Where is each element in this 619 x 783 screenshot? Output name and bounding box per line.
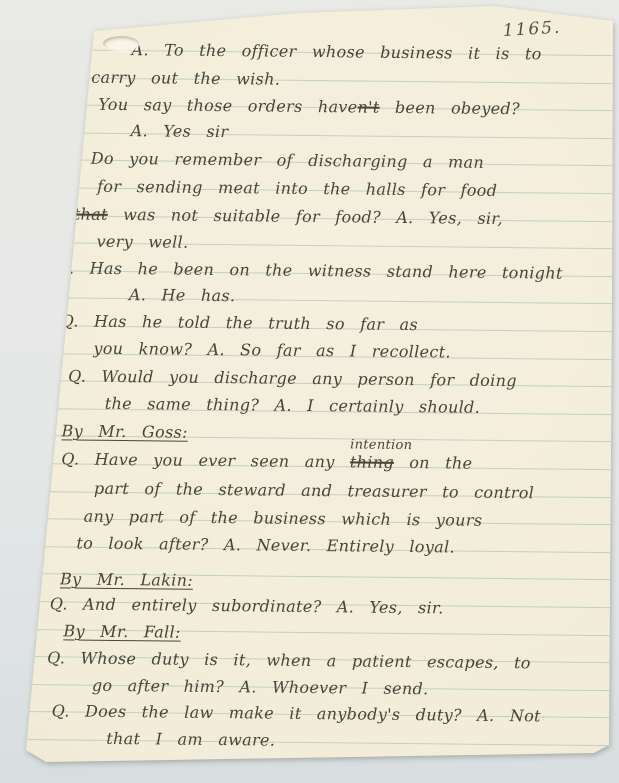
handwriting-segment: Q. And entirely subordinate? A. Yes, sir… — [50, 594, 444, 617]
handwriting-segment: Q. Would you discharge any person for do… — [68, 366, 517, 390]
handwriting-layer: A. To the officer whose business it is t… — [4, 0, 619, 3]
handwritten-line: very well. — [96, 234, 188, 251]
handwritten-line: Q. And entirely subordinate? A. Yes, sir… — [50, 596, 444, 616]
handwritten-line: that was not suitable for food? A. Yes, … — [74, 207, 503, 227]
handwritten-line: Q. You say those orders haven't been obe… — [65, 96, 520, 117]
handwriting-segment: that I am aware. — [106, 729, 275, 750]
examiner-heading: By Mr. Goss: — [61, 423, 187, 440]
ruled-line — [19, 297, 614, 304]
handwriting-segment: part of the steward and treasurer to con… — [94, 479, 534, 503]
paper-sheet-wrap: 1165. A. To the officer whose business i… — [0, 0, 619, 783]
handwriting-segment: any part of the business which is yours — [84, 507, 483, 530]
paper-flaw — [103, 36, 139, 51]
handwritten-line: Q. Has he been on the witness stand here… — [56, 260, 563, 281]
handwriting-segment: on the — [394, 453, 473, 473]
handwritten-line: Q. Would you discharge any person for do… — [68, 368, 517, 389]
page-number: 1165. — [502, 18, 562, 41]
handwriting-segment: been obeyed? — [380, 98, 521, 118]
handwritten-line: that I am aware. — [106, 731, 275, 749]
handwritten-line: Q. Has he told the truth so far as — [61, 313, 418, 333]
handwriting-segment: Q. Does the law make it anybody's duty? … — [52, 701, 541, 725]
handwritten-line: to look after? A. Never. Entirely loyal. — [76, 536, 455, 556]
handwriting-segment: By Mr. Goss: — [61, 421, 187, 441]
scan-background: { "page": { "number": "1165.", "paper_co… — [0, 0, 619, 783]
handwritten-line: Q. Does the law make it anybody's duty? … — [52, 703, 541, 724]
handwriting-segment: carry out the wish. — [91, 68, 280, 89]
handwriting-segment: n't — [357, 97, 379, 116]
handwriting-segment: thingintention — [350, 452, 394, 471]
handwritten-line: Q. Whose duty is it, when a patient esca… — [47, 650, 531, 671]
handwriting-segment: A. Yes sir — [131, 121, 229, 141]
handwritten-line: A. To the officer whose business it is t… — [131, 42, 541, 62]
handwriting-segment: A. He has. — [129, 285, 236, 305]
handwritten-line: A. He has. — [129, 287, 236, 304]
handwriting-segment: By Mr. Lakin: — [60, 569, 193, 589]
page-content: 1165. A. To the officer whose business i… — [0, 0, 619, 783]
examiner-heading: By Mr. Fall: — [63, 623, 180, 640]
handwriting-segment: go after him? A. Whoever I send. — [92, 676, 429, 699]
examiner-heading: By Mr. Lakin: — [60, 571, 193, 588]
handwriting-segment: to look after? A. Never. Entirely loyal. — [76, 534, 455, 557]
handwriting-segment: that — [74, 205, 108, 224]
notebook-page: 1165. A. To the officer whose business i… — [0, 0, 619, 783]
ruled-line — [14, 739, 609, 746]
handwriting-segment: Q. Whose duty is it, when a patient esca… — [47, 648, 531, 672]
handwriting-segment: you know? A. So far as I recollect. — [93, 339, 451, 362]
handwriting-segment: Q. Have you ever seen any — [61, 449, 350, 471]
ruled-lines — [4, 0, 619, 3]
handwriting-segment: was not suitable for food? A. Yes, sir, — [108, 205, 503, 228]
handwriting-segment: for sending meat into the halls for food — [97, 177, 497, 200]
handwriting-segment: very well. — [96, 232, 188, 252]
ruled-line — [21, 132, 616, 139]
handwritten-line: carry out the wish. — [91, 70, 280, 88]
handwriting-segment: Q. Do you remember of discharging a man — [57, 148, 484, 171]
handwriting-segment: the same thing? A. I certainly should. — [105, 394, 480, 417]
handwritten-line: you know? A. So far as I recollect. — [93, 341, 451, 361]
handwritten-line: part of the steward and treasurer to con… — [94, 481, 534, 502]
handwriting-segment: By Mr. Fall: — [63, 621, 180, 641]
handwritten-line: A. Yes sir — [131, 123, 229, 140]
handwritten-line: go after him? A. Whoever I send. — [92, 678, 429, 698]
handwritten-line: Q. Do you remember of discharging a man — [57, 150, 484, 170]
handwritten-line: Q. Have you ever seen any thingintention… — [61, 451, 472, 471]
handwriting-segment: A. To the officer whose business it is t… — [131, 40, 541, 63]
inserted-word: intention — [350, 438, 412, 452]
handwriting-segment: Q. Has he told the truth so far as — [61, 311, 418, 334]
handwritten-line: the same thing? A. I certainly should. — [105, 396, 480, 416]
handwriting-segment: Q. Has he been on the witness stand here… — [56, 258, 563, 282]
handwritten-line: any part of the business which is yours — [84, 509, 483, 529]
handwritten-line: for sending meat into the halls for food — [97, 179, 497, 199]
handwriting-segment: Q. You say those orders have — [65, 94, 358, 116]
